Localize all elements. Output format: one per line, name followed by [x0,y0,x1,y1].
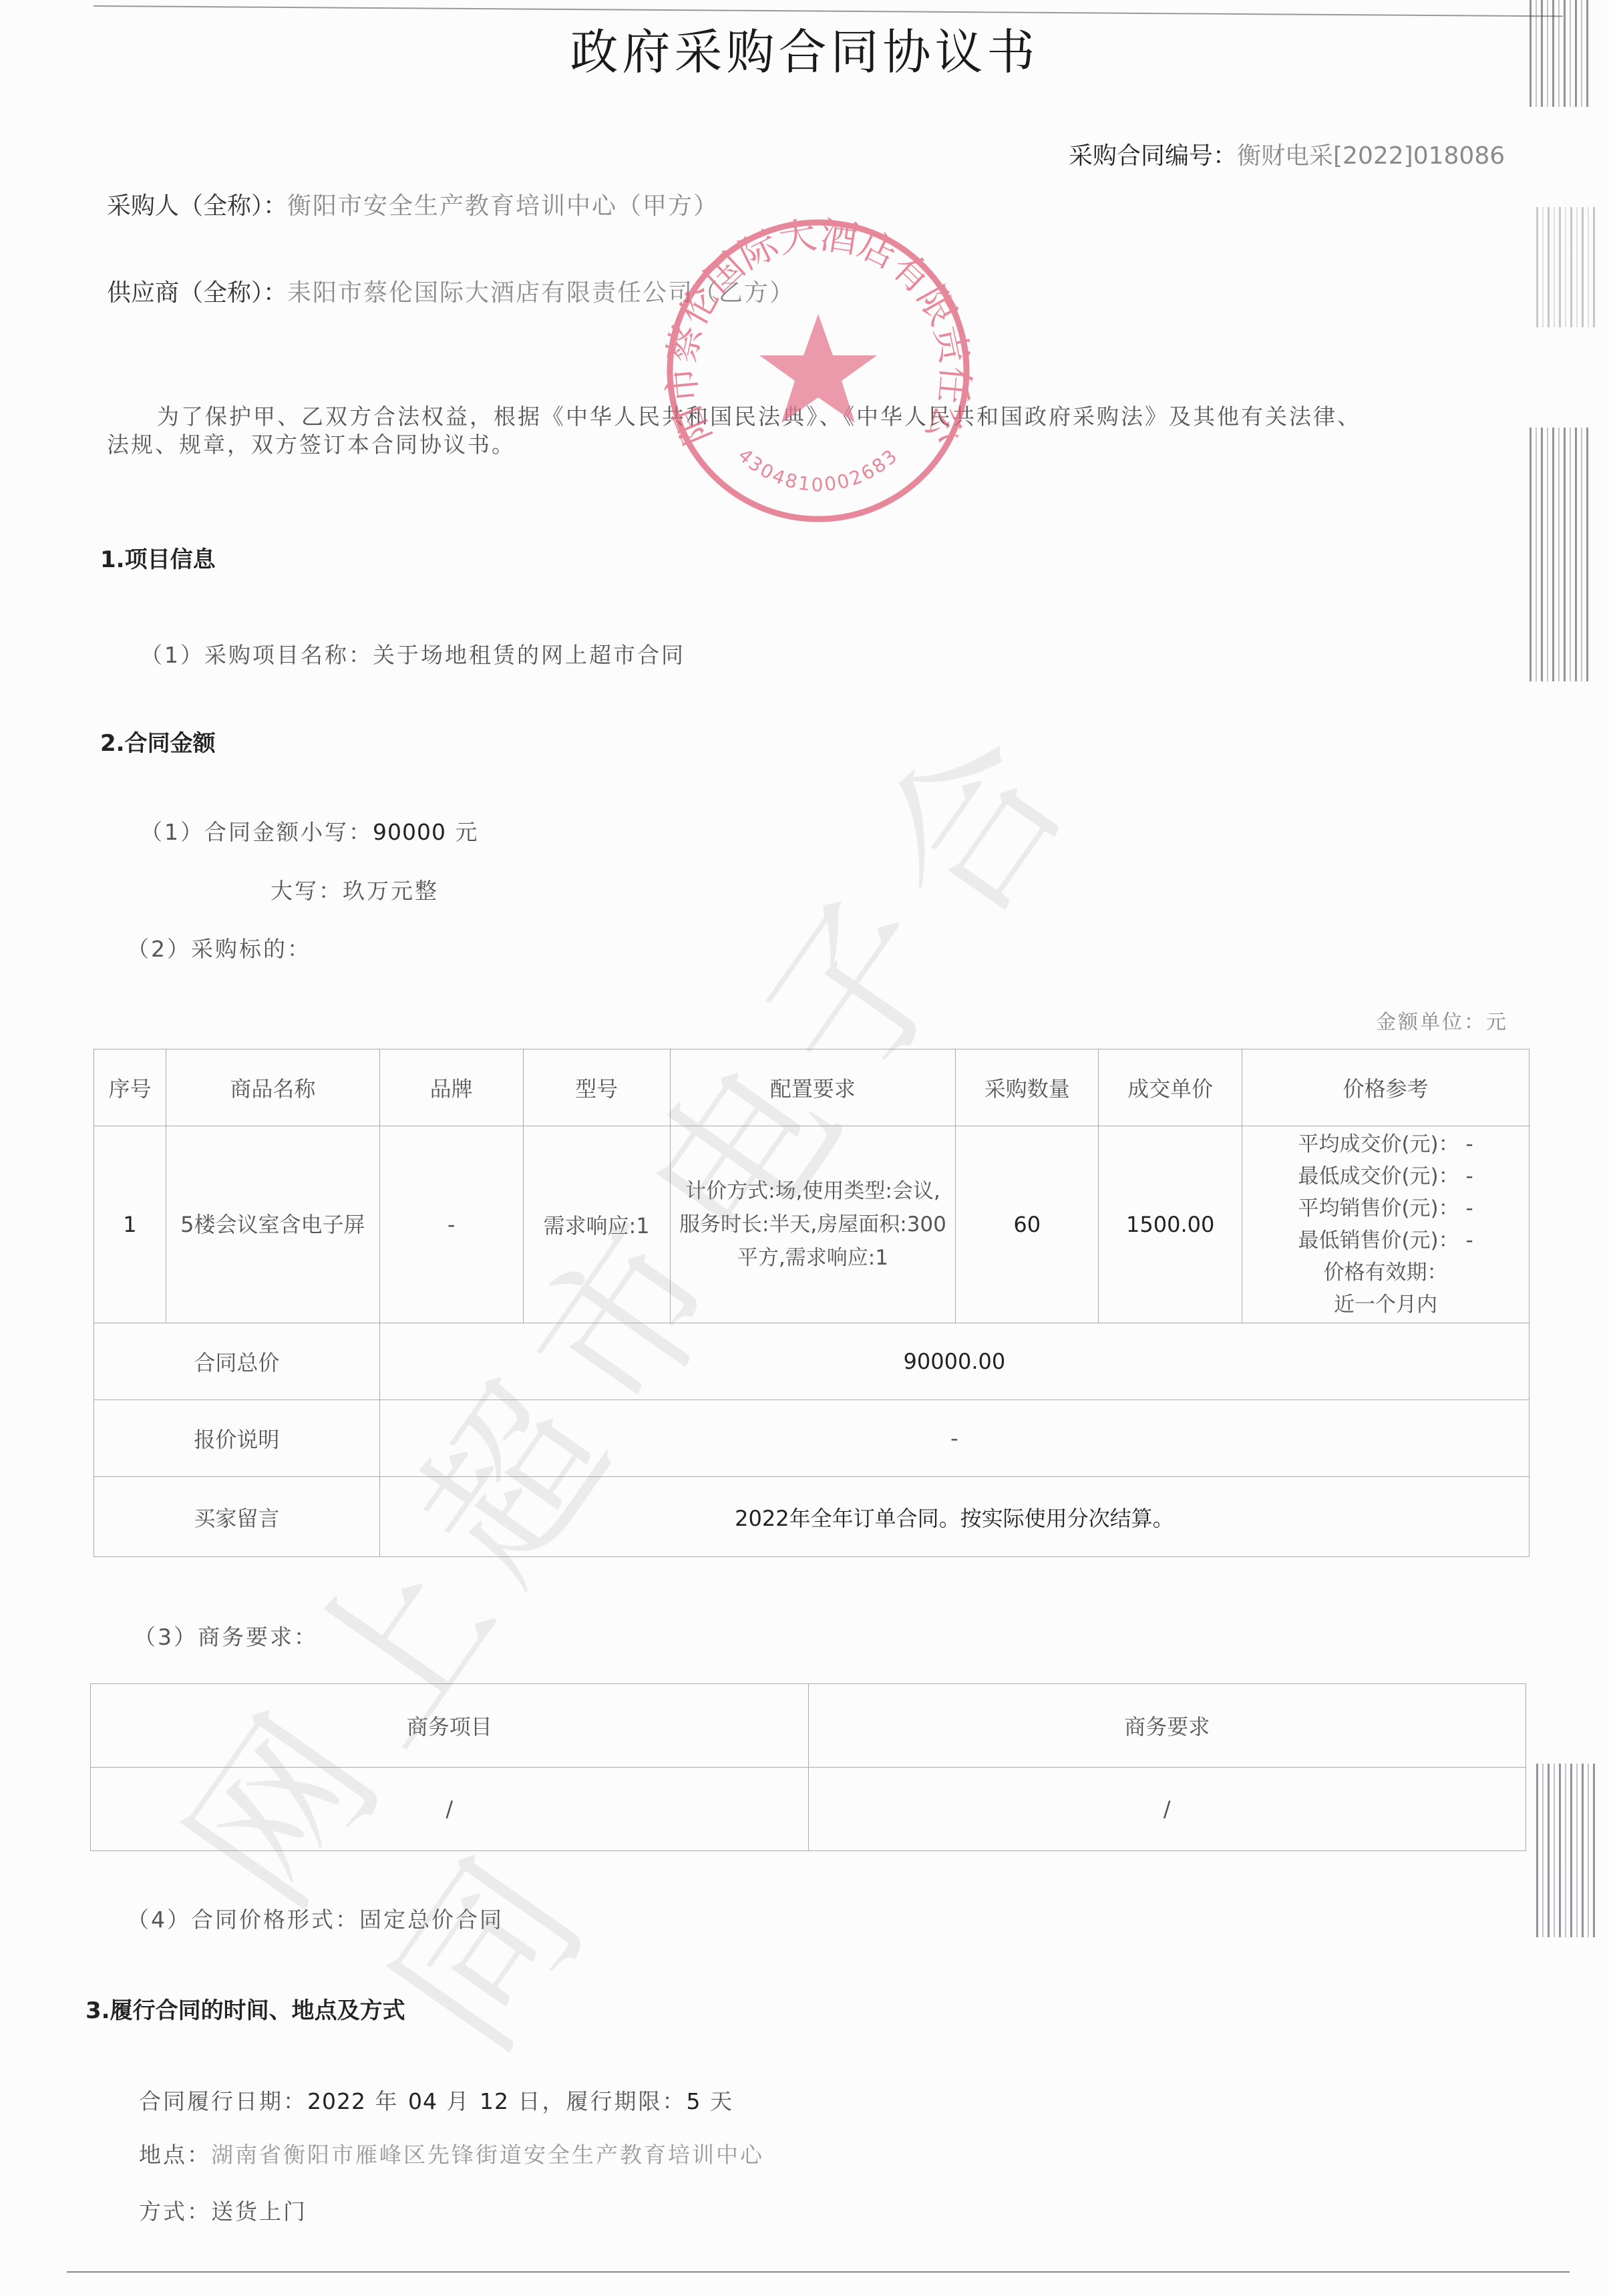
project-name-line: （1）采购项目名称：关于场地租赁的网上超市合同 [140,638,685,669]
header-business-requirement: 商务要求 [808,1684,1526,1768]
performance-period-label: 履行期限： [566,2088,686,2114]
business-requirements-label: （3）商务要求： [134,1620,318,1651]
supplier-label: 供应商（全称）： [107,279,287,307]
buyer-message-value: 2022年全年订单合同。按实际使用分次结算。 [379,1477,1529,1557]
cell-business-item: / [91,1768,809,1851]
price-form-value: 固定总价合同 [359,1907,504,1933]
header-qty: 采购数量 [956,1049,1099,1126]
amount-unit-note: 金额单位：元 [1376,1005,1508,1035]
total-value: 90000.00 [379,1323,1529,1400]
cell-brand: - [379,1126,523,1323]
price-form-label: （4）合同价格形式： [127,1907,359,1933]
business-table: 商务项目 商务要求 / / [90,1683,1526,1851]
place-label: 地点： [139,2142,211,2168]
method-label: 方式： [139,2198,211,2225]
header-name: 商品名称 [166,1049,379,1126]
business-table-header: 商务项目 商务要求 [91,1684,1526,1768]
scan-noise [1536,207,1596,327]
scan-noise [1530,428,1590,681]
performance-date-label: 合同履行日期： [139,2088,307,2114]
cell-no: 1 [94,1126,166,1323]
section-1-heading: 1.项目信息 [100,541,216,574]
cell-qty: 60 [956,1126,1099,1323]
table-row: / / [91,1768,1526,1851]
purchaser-label: 采购人（全称）： [107,192,287,220]
supplier-line: 供应商（全称）：耒阳市蔡伦国际大酒店有限责任公司（乙方） [107,274,795,308]
header-config: 配置要求 [670,1049,956,1126]
amount-small-value: 90000 [373,819,446,845]
subject-label: （2）采购标的： [127,932,311,963]
stamp-code: 4304810002683 [734,444,903,496]
cell-model: 需求响应:1 [523,1126,670,1323]
scan-noise [1536,1764,1596,1937]
price-ref-min-deal: 最低成交价(元)： - [1242,1160,1529,1192]
supplier-value: 耒阳市蔡伦国际大酒店有限责任公司（乙方） [287,279,795,307]
price-form-line: （4）合同价格形式：固定总价合同 [127,1903,504,1934]
company-seal-stamp: 耒阳市蔡伦国际大酒店有限责任公司 4304810002683 [661,214,975,528]
purchaser-value: 衡阳市安全生产教育培训中心（甲方） [287,192,719,220]
performance-year: 2022 [307,2088,366,2114]
project-name-label: （1）采购项目名称： [140,642,373,668]
performance-period-unit: 天 [710,2088,734,2114]
performance-month: 04 [408,2088,437,2114]
cell-business-requirement: / [808,1768,1526,1851]
price-ref-avg-sale: 平均销售价(元)： - [1242,1192,1529,1224]
contract-number-label: 采购合同编号： [1069,142,1237,170]
items-table: 序号 商品名称 品牌 型号 配置要求 采购数量 成交单价 价格参考 1 5楼会议… [94,1049,1530,1557]
price-ref-avg-deal: 平均成交价(元)： - [1242,1128,1529,1160]
amount-small-label: （1）合同金额小写： [140,819,373,845]
header-model: 型号 [523,1049,670,1126]
cell-config: 计价方式:场,使用类型:会议,服务时长:半天,房屋面积:300平方,需求响应:1 [670,1126,956,1323]
header-brand: 品牌 [379,1049,523,1126]
page-bottom-edge [67,2271,1570,2273]
contract-number: 采购合同编号：衡财电采[2022]018086 [1069,137,1505,171]
method-line: 方式：送货上门 [139,2194,307,2226]
method-value: 送货上门 [211,2198,307,2225]
cell-price-ref: 平均成交价(元)： - 最低成交价(元)： - 平均销售价(元)： - 最低销售… [1242,1126,1530,1323]
amount-small-unit: 元 [455,819,479,845]
project-name-value: 关于场地租赁的网上超市合同 [373,642,685,668]
buyer-message-label: 买家留言 [94,1477,380,1557]
intro-paragraph-line-2: 法规、规章，双方签订本合同协议书。 [107,428,516,459]
performance-period-value: 5 [686,2088,701,2114]
section-2-heading: 2.合同金额 [100,725,216,758]
header-no: 序号 [94,1049,166,1126]
total-label: 合同总价 [94,1323,380,1400]
contract-number-value: 衡财电采[2022]018086 [1237,142,1505,170]
performance-day: 12 [480,2088,509,2114]
amount-big-line: 大写：玖万元整 [271,874,439,905]
cell-name: 5楼会议室含电子屏 [166,1126,379,1323]
price-ref-validity-value: 近一个月内 [1242,1289,1529,1321]
price-ref-validity-label: 价格有效期： [1242,1257,1529,1289]
document-title: 政府采购合同协议书 [0,13,1609,83]
header-business-item: 商务项目 [91,1684,809,1768]
purchaser-line: 采购人（全称）：衡阳市安全生产教育培训中心（甲方） [107,187,719,221]
items-table-header: 序号 商品名称 品牌 型号 配置要求 采购数量 成交单价 价格参考 [94,1049,1530,1126]
cell-unit-price: 1500.00 [1099,1126,1242,1323]
total-row: 合同总价 90000.00 [94,1323,1530,1400]
quote-note-label: 报价说明 [94,1400,380,1477]
section-3-heading: 3.履行合同的时间、地点及方式 [85,1992,405,2025]
quote-note-value: - [379,1400,1529,1477]
quote-note-row: 报价说明 - [94,1400,1530,1477]
place-line: 地点：湖南省衡阳市雁峰区先锋街道安全生产教育培训中心 [139,2138,764,2169]
intro-paragraph-line-1: 为了保护甲、乙双方合法权益，根据《中华人民共和国民法典》、《中华人民共和国政府采… [157,399,1361,431]
performance-date-line: 合同履行日期：2022 年 04 月 12 日，履行期限：5 天 [139,2084,734,2116]
table-row: 1 5楼会议室含电子屏 - 需求响应:1 计价方式:场,使用类型:会议,服务时长… [94,1126,1530,1323]
amount-big-label: 大写： [271,878,343,904]
price-ref-min-sale: 最低销售价(元)： - [1242,1224,1529,1257]
amount-small-line: （1）合同金额小写：90000 元 [140,815,479,846]
header-price-ref: 价格参考 [1242,1049,1530,1126]
header-unit-price: 成交单价 [1099,1049,1242,1126]
place-value: 湖南省衡阳市雁峰区先锋街道安全生产教育培训中心 [211,2142,764,2168]
amount-big-value: 玖万元整 [343,878,439,904]
buyer-message-row: 买家留言 2022年全年订单合同。按实际使用分次结算。 [94,1477,1530,1557]
stamp-ring [670,222,966,519]
